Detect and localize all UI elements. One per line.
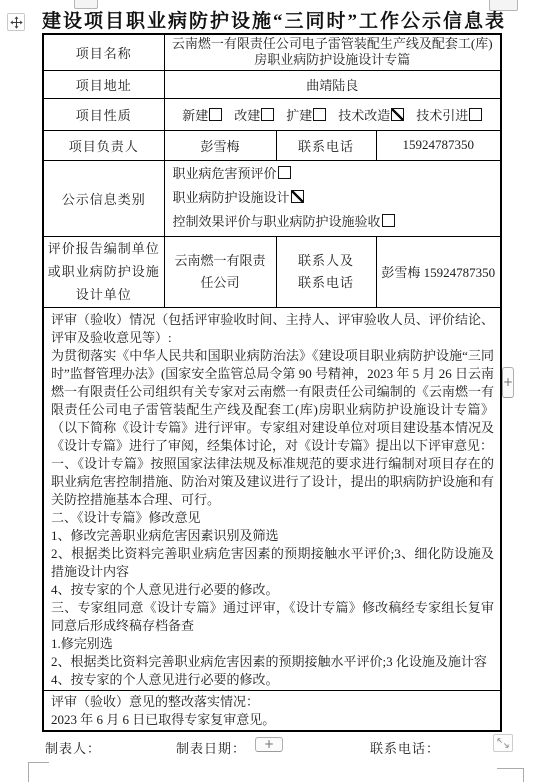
page-title: 建设项目职业病防护设施“三同时”工作公示信息表 (0, 6, 548, 33)
category-pre-evaluation: 职业病危害预评价 (173, 162, 499, 186)
review-paragraph: 1.修完别选 (51, 635, 494, 653)
publicity-form-table: 项目名称 云南燃一有限责任公司电子雷管装配生产线及配套工(库)房职业病防护设施设… (42, 33, 502, 732)
project-name-value: 云南燃一有限责任公司电子雷管装配生产线及配套工(库)房职业病防护设施设计专篇 (164, 34, 501, 70)
checkbox-icon (469, 108, 482, 121)
option-tech-renovation: 技术改造 (338, 108, 404, 123)
rectification-status: 2023 年 6 月 6 日已取得专家复审意见。 (51, 711, 494, 730)
review-section: 评审（验收）情况（包括评审验收时间、主持人、评审验收人员、评价结论、评审及验收意… (43, 307, 501, 690)
maker-label: 制表人： (45, 738, 101, 757)
table-row: 评审（验收）情况（包括评审验收时间、主持人、评审验收人员、评价结论、评审及验收意… (43, 307, 501, 690)
project-leader-label: 项目负责人 (43, 130, 164, 160)
checkbox-icon (209, 108, 222, 121)
table-row: 评审（验收）意见的整改落实情况： 2023 年 6 月 6 日已取得专家复审意见… (43, 690, 501, 731)
checkbox-checked-icon (291, 190, 304, 203)
option-new-build: 新建 (182, 108, 222, 123)
report-unit-label: 评价报告编制单位或职业病防护设施设计单位 (43, 236, 164, 307)
page-margin-mark-bottom-left (28, 762, 49, 782)
review-paragraph: 2、根据类比资料完善职业病危害因素的预期接触水平评价;3、细化防设施及措施设计内… (51, 545, 494, 581)
review-paragraph: 4、按专家的个人意见进行必要的修改。 (51, 581, 494, 599)
document-page: 建设项目职业病防护设施“三同时”工作公示信息表 项目名称 云南燃一有限责任公司电… (0, 0, 548, 782)
publicity-category-options: 职业病危害预评价 职业病防护设施设计 控制效果评价与职业病防护设施验收 (164, 160, 501, 236)
phone-label: 联系电话： (370, 738, 440, 757)
category-facility-design: 职业病防护设施设计 (173, 186, 499, 210)
checkbox-icon (278, 166, 291, 179)
table-row: 项目地址 曲靖陆良 (43, 70, 501, 98)
review-paragraph: 一、《设计专篇》按照国家法律法规及标准规范的要求进行编制对项目存在的职业病危害控… (51, 455, 494, 509)
review-paragraph: 为贯彻落实《中华人民共和国职业病防治法》《建设项目职业病防护设施“三同时”监督管… (51, 347, 494, 455)
table-resize-handle[interactable] (493, 734, 513, 752)
table-row: 评价报告编制单位或职业病防护设施设计单位 云南燃一有限责任公司 联系人及 联系电… (43, 236, 501, 307)
table-row: 项目性质 新建改建扩建技术改造技术引进 (43, 98, 501, 130)
checkbox-checked-icon (391, 108, 404, 121)
contact-label: 联系人及 联系电话 (276, 236, 376, 307)
report-unit-value: 云南燃一有限责任公司 (164, 236, 276, 307)
option-tech-import: 技术引进 (416, 108, 482, 123)
leader-phone-label: 联系电话 (276, 130, 376, 160)
project-address-label: 项目地址 (43, 70, 164, 98)
rectification-section: 评审（验收）意见的整改落实情况： 2023 年 6 月 6 日已取得专家复审意见… (43, 690, 501, 731)
table-row: 项目名称 云南燃一有限责任公司电子雷管装配生产线及配套工(库)房职业病防护设施设… (43, 34, 501, 70)
rectification-heading: 评审（验收）意见的整改落实情况： (51, 693, 494, 712)
review-paragraph: 2、根据类比资料完善职业病危害因素的预期接触水平评价;3 化设施及施计容 (51, 653, 494, 671)
table-row: 公示信息类别 职业病危害预评价 职业病防护设施设计 控制效果评价与职业病防护设施… (43, 160, 501, 236)
publicity-category-label: 公示信息类别 (43, 160, 164, 236)
project-nature-label: 项目性质 (43, 98, 164, 130)
category-effect-acceptance: 控制效果评价与职业病防护设施验收 (173, 210, 499, 234)
footer-row: 制表人： 制表日期： + 联系电话： (42, 736, 512, 756)
leader-phone-value: 15924787350 (376, 130, 501, 160)
review-paragraph: 三、专家组同意《设计专篇》通过评审，《设计专篇》修改稿经专家组长复审同意后形成终… (51, 599, 494, 635)
review-paragraph: 二、《设计专篇》修改意见 (51, 509, 494, 527)
option-rebuild: 改建 (234, 108, 274, 123)
checkbox-icon (382, 214, 395, 227)
project-leader-value: 彭雪梅 (164, 130, 276, 160)
checkbox-icon (261, 108, 274, 121)
review-paragraph: 1、修改完善职业病危害因素识别及筛选 (51, 527, 494, 545)
date-label: 制表日期： (176, 738, 246, 757)
contact-value: 彭雪梅 15924787350 (376, 236, 501, 307)
review-heading: 评审（验收）情况（包括评审验收时间、主持人、评审验收人员、评价结论、评审及验收意… (51, 311, 494, 347)
project-address-value: 曲靖陆良 (164, 70, 501, 98)
review-paragraph: 4、按专家的个人意见进行必要的修改。 (51, 671, 494, 689)
insert-date-plus-button[interactable]: + (255, 737, 283, 752)
page-margin-mark-bottom-right (497, 768, 524, 782)
table-row: 项目负责人 彭雪梅 联系电话 15924787350 (43, 130, 501, 160)
option-expand: 扩建 (286, 108, 326, 123)
checkbox-icon (313, 108, 326, 121)
resize-icon (496, 737, 510, 749)
project-nature-options: 新建改建扩建技术改造技术引进 (164, 98, 501, 130)
margin-plus-button[interactable]: + (502, 367, 514, 398)
project-name-label: 项目名称 (43, 34, 164, 70)
